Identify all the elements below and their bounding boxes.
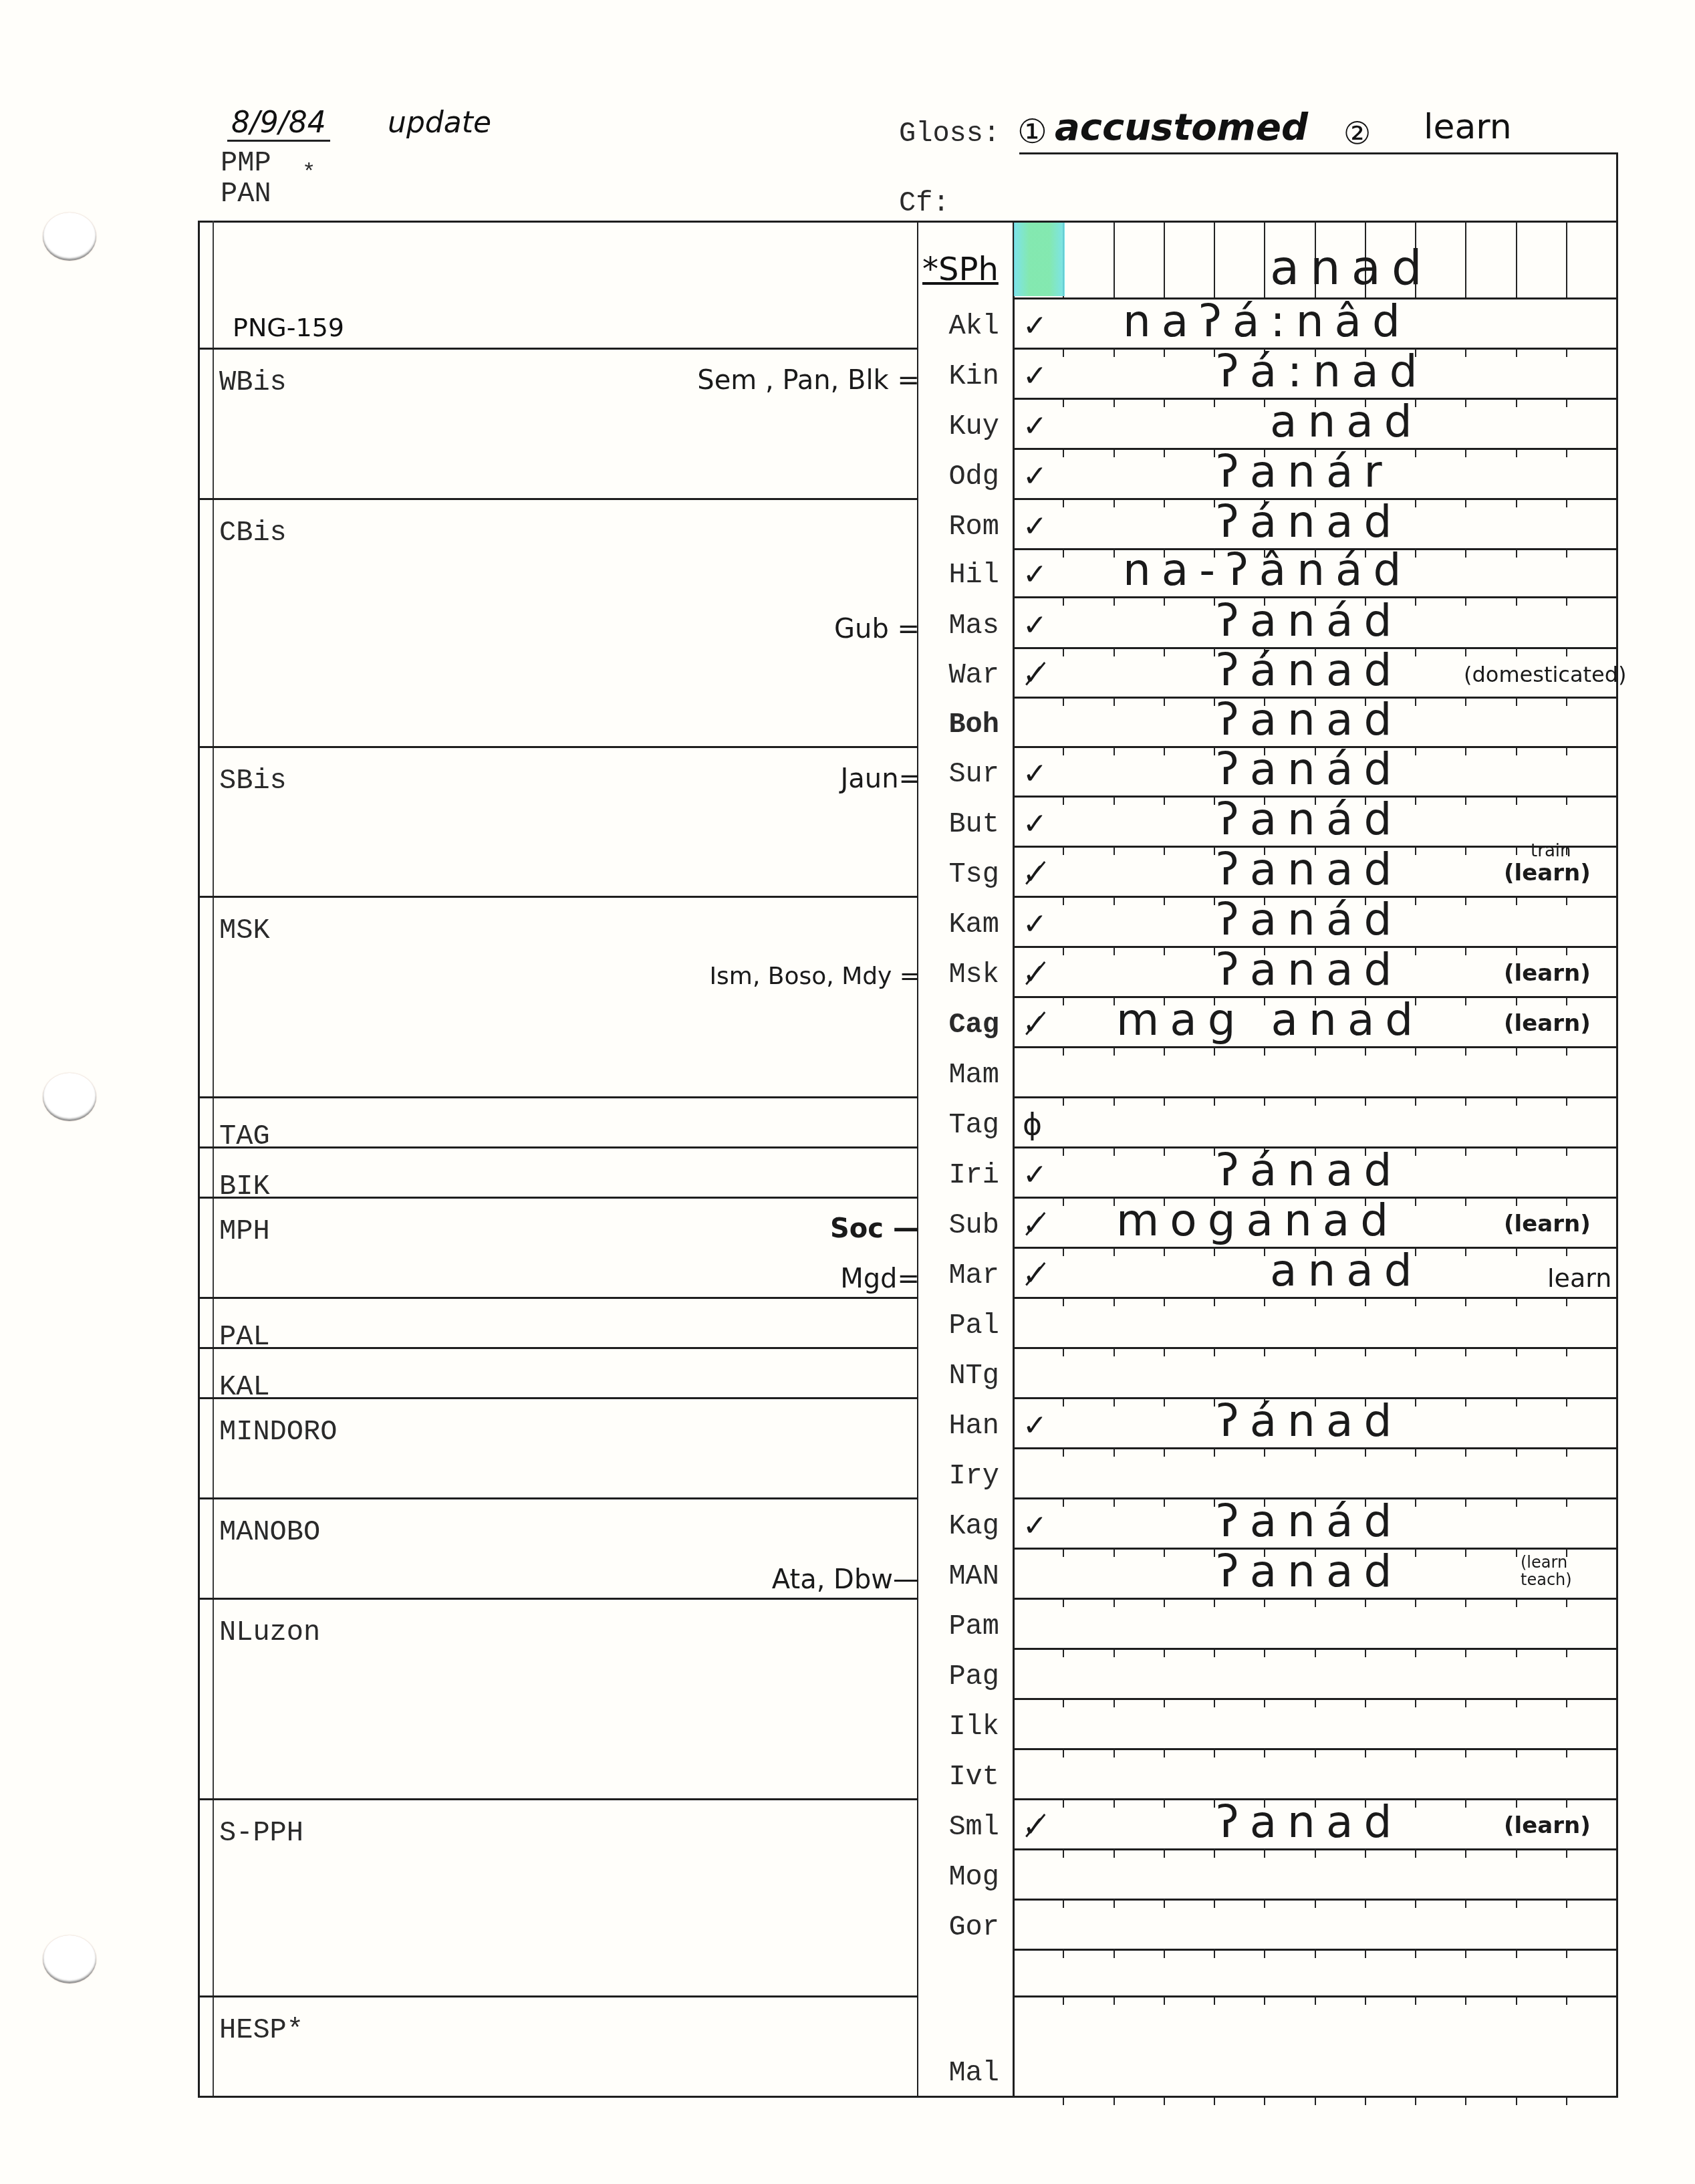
row-tick <box>1566 448 1567 457</box>
row-tick <box>1516 1698 1517 1707</box>
row-tick <box>1415 796 1416 805</box>
row-tick <box>1114 1347 1115 1356</box>
row-tick <box>1315 1297 1316 1306</box>
gloss-note: (learn) <box>1504 1812 1591 1839</box>
side-note-msk: Ism, Boso, Mdy = <box>709 963 920 990</box>
row-tick <box>1114 498 1115 507</box>
check-icon: ✓̸ <box>1023 857 1047 891</box>
row-tick <box>1114 548 1115 558</box>
segment-divider <box>1264 221 1265 297</box>
row-tick <box>1365 1995 1366 2005</box>
row-tick <box>1063 697 1064 706</box>
row-tick <box>1264 1949 1265 1958</box>
row-tick <box>1063 1497 1064 1507</box>
language-code: Mar <box>909 1259 999 1292</box>
row-tick <box>1164 348 1165 357</box>
row-tick <box>1164 1297 1165 1306</box>
pan-label: PAN <box>221 178 271 210</box>
row-tick <box>1415 1397 1416 1407</box>
row-tick <box>1465 348 1466 357</box>
language-code: Pam <box>909 1610 999 1643</box>
row-tick <box>1465 1397 1466 1407</box>
cognate-form: na-ʔânád <box>1123 544 1412 596</box>
language-code: Kam <box>909 908 999 941</box>
row-tick <box>1566 1748 1567 1757</box>
row-tick <box>1164 1548 1165 1557</box>
row-tick <box>1516 1798 1517 1808</box>
row-tick <box>1264 1995 1265 2005</box>
group-label: WBis <box>219 366 287 398</box>
row-tick <box>1214 1648 1215 1657</box>
row-tick <box>1063 647 1064 656</box>
row-tick <box>1063 1197 1064 1206</box>
row-tick <box>1114 1497 1115 1507</box>
row-tick <box>1164 746 1165 755</box>
row-tick <box>1264 1648 1265 1657</box>
language-code: Pag <box>909 1661 999 1693</box>
row-tick <box>1315 1046 1316 1056</box>
row-tick <box>1214 596 1215 606</box>
row-tick <box>1516 896 1517 905</box>
binder-hole-top <box>43 213 96 261</box>
row-tick <box>1465 448 1466 457</box>
check-icon: ✓ <box>1023 1409 1047 1443</box>
check-icon: ✓ <box>1023 409 1047 443</box>
cognate-form: ʔanád <box>1216 743 1402 795</box>
update-label: update <box>388 106 491 140</box>
cognate-form: ʔanád <box>1216 794 1402 845</box>
row-tick <box>1063 398 1064 407</box>
row-tick <box>1164 1648 1165 1657</box>
row-tick <box>1566 1899 1567 1908</box>
check-icon: ✓ <box>1023 459 1047 493</box>
row-tick <box>1365 1096 1366 1106</box>
row-tick <box>1114 746 1115 755</box>
row-tick <box>1315 1096 1316 1106</box>
row-tick <box>1063 2096 1064 2105</box>
row-tick <box>1114 2096 1115 2105</box>
language-code: Tag <box>909 1109 999 1141</box>
row-tick <box>1415 946 1416 955</box>
row-tick <box>1465 1648 1466 1657</box>
language-code: Gor <box>909 1911 999 1943</box>
row-tick <box>1063 896 1064 905</box>
row-tick <box>1415 1046 1416 1056</box>
row-tick <box>1264 1046 1265 1056</box>
group-label: MSK <box>219 915 270 947</box>
row-tick <box>1465 1899 1466 1908</box>
pmp-label: PMP <box>221 147 271 179</box>
row-tick <box>1465 1347 1466 1356</box>
row-tick <box>1214 1247 1215 1256</box>
check-icon: ✓ <box>1023 757 1047 791</box>
row-tick <box>1264 1748 1265 1757</box>
group-divider <box>198 348 917 350</box>
group-label: MANOBO <box>219 1516 320 1548</box>
row-tick <box>1516 1197 1517 1206</box>
language-code: Kag <box>909 1510 999 1542</box>
row-tick <box>1214 1046 1215 1056</box>
row-tick <box>1566 1297 1567 1306</box>
gloss-1: accustomed <box>1055 106 1308 149</box>
row-tick <box>1264 1899 1265 1908</box>
row-tick <box>1465 996 1466 1005</box>
row-tick <box>1365 2096 1366 2105</box>
gloss-note: learn <box>1547 1263 1611 1293</box>
row-tick <box>1164 796 1165 805</box>
row-tick <box>1415 1995 1416 2005</box>
check-icon: ✓ <box>1023 907 1047 941</box>
check-icon: ✓̸ <box>1023 658 1047 692</box>
row-tick <box>1465 1995 1466 2005</box>
row-tick <box>1063 1347 1064 1356</box>
row-tick <box>1214 697 1215 706</box>
row-tick <box>1164 1497 1165 1507</box>
row-tick <box>1164 1096 1165 1106</box>
group-divider <box>198 1397 917 1399</box>
gloss-box-right <box>1616 152 1618 222</box>
row-tick <box>1566 1848 1567 1858</box>
language-code: Sub <box>909 1209 999 1241</box>
row-tick <box>1566 2096 1567 2105</box>
row-tick <box>1214 1447 1215 1457</box>
row-tick <box>1516 697 1517 706</box>
language-code: Msk <box>909 959 999 991</box>
row-tick <box>1516 996 1517 1005</box>
check-icon: ✓ <box>1023 1509 1047 1543</box>
row-tick <box>1164 946 1165 955</box>
row-tick <box>1214 1949 1215 1958</box>
row-tick <box>1214 946 1215 955</box>
row-tick <box>1465 1247 1466 1256</box>
row-tick <box>1114 1046 1115 1056</box>
language-code: Akl <box>909 310 999 342</box>
group-divider <box>198 1146 917 1148</box>
row-tick <box>1415 1748 1416 1757</box>
row-tick <box>1164 1698 1165 1707</box>
row-tick <box>1214 1848 1215 1858</box>
proto-form: anad <box>1270 239 1433 295</box>
row-tick <box>1063 796 1064 805</box>
row-tick <box>1214 448 1215 457</box>
row-tick <box>1465 1447 1466 1457</box>
gloss-underline <box>1019 152 1617 154</box>
row-tick <box>1063 1995 1064 2005</box>
segment-divider <box>1114 221 1115 297</box>
row-tick <box>1264 1698 1265 1707</box>
row-tick <box>1114 1798 1115 1808</box>
side-note-mas: Gub = <box>834 614 920 644</box>
row-tick <box>1516 1648 1517 1657</box>
row-tick <box>1516 1297 1517 1306</box>
row-tick <box>1114 448 1115 457</box>
binder-hole-bottom <box>43 1935 96 1983</box>
row-tick <box>1465 1548 1466 1557</box>
row-tick <box>1566 1046 1567 1056</box>
row-tick <box>1164 1798 1165 1808</box>
check-icon: ✓ <box>1023 1158 1047 1192</box>
row-tick <box>1465 1698 1466 1707</box>
language-code: Cag <box>909 1009 999 1041</box>
language-code: War <box>909 659 999 691</box>
row-tick <box>1566 1096 1567 1106</box>
row-tick <box>1566 1197 1567 1206</box>
row-tick <box>1114 596 1115 606</box>
row-tick <box>1516 596 1517 606</box>
row-tick <box>1264 398 1265 407</box>
row-tick <box>1063 1096 1064 1106</box>
row-tick <box>1516 1146 1517 1156</box>
gloss-note: (learn) <box>1504 860 1591 886</box>
segment-divider <box>1164 221 1165 297</box>
row-tick <box>1516 1949 1517 1958</box>
row-tick <box>1114 896 1115 905</box>
language-code: Boh <box>909 709 999 741</box>
row-tick <box>1465 398 1466 407</box>
row-tick <box>1164 1447 1165 1457</box>
row-tick <box>1063 1247 1064 1256</box>
group-label: KAL <box>219 1371 270 1403</box>
row-tick <box>1264 1297 1265 1306</box>
row-tick <box>1566 1497 1567 1507</box>
check-icon: ✓ <box>1023 807 1047 841</box>
row-tick <box>1164 448 1165 457</box>
row-tick <box>1264 1096 1265 1106</box>
row-tick <box>1164 1598 1165 1607</box>
language-code: Pal <box>909 1310 999 1342</box>
row-tick <box>1365 1046 1366 1056</box>
row-tick <box>1415 1146 1416 1156</box>
row-tick <box>1415 647 1416 656</box>
row-tick <box>1465 548 1466 558</box>
group-label: BIK <box>219 1171 270 1203</box>
row-tick <box>1114 1698 1115 1707</box>
date-text: 8/9/84 <box>231 106 326 140</box>
row-tick <box>1214 1347 1215 1356</box>
side-note-kin: Sem , Pan, Blk = <box>697 365 920 396</box>
group-label: HESP* <box>219 2014 303 2046</box>
row-tick <box>1415 1798 1416 1808</box>
cognate-form: ʔánad <box>1216 496 1402 548</box>
group-divider <box>198 1598 917 1600</box>
row-tick <box>1415 1347 1416 1356</box>
row-tick <box>1465 1046 1466 1056</box>
row-tick <box>1566 1798 1567 1808</box>
row-tick <box>1063 846 1064 855</box>
row-tick <box>1315 1949 1316 1958</box>
row-tick <box>1465 946 1466 955</box>
row-tick <box>1566 1247 1567 1256</box>
row-tick <box>1214 1397 1215 1407</box>
segment-divider <box>1465 221 1466 297</box>
row-tick <box>1516 1497 1517 1507</box>
row-tick <box>1164 1899 1165 1908</box>
language-code: Tsg <box>909 858 999 890</box>
row-tick <box>1114 1096 1115 1106</box>
group-divider <box>198 896 917 898</box>
row-tick <box>1164 846 1165 855</box>
row-tick <box>1516 398 1517 407</box>
check-icon: ✓̸ <box>1023 1810 1047 1844</box>
language-code: Iri <box>909 1159 999 1191</box>
row-tick <box>1114 1899 1115 1908</box>
row-tick <box>1063 996 1064 1005</box>
segment-divider <box>1214 221 1215 297</box>
row-tick <box>1465 1197 1466 1206</box>
row-tick <box>1063 1899 1064 1908</box>
row-tick <box>1114 796 1115 805</box>
gloss-note: (learn) <box>1504 960 1591 987</box>
row-tick <box>1214 1995 1215 2005</box>
row-tick <box>1516 348 1517 357</box>
row-tick <box>1365 1698 1366 1707</box>
row-tick <box>1465 1146 1466 1156</box>
update-date: 8/9/84 <box>227 106 330 142</box>
row-tick <box>1214 1899 1215 1908</box>
row-tick <box>1164 1247 1165 1256</box>
check-icon: ✓ <box>1023 558 1047 592</box>
highlight-mark <box>1014 223 1065 296</box>
row-tick <box>1063 1648 1064 1657</box>
frame-left <box>198 221 200 2096</box>
row-tick <box>1315 1447 1316 1457</box>
row-tick <box>1164 1848 1165 1858</box>
row-tick <box>1516 647 1517 656</box>
side-note-man: Ata, Dbw— <box>772 1564 920 1595</box>
cognate-form: ʔanád <box>1216 894 1402 945</box>
cognate-form: ʔánad <box>1216 1144 1402 1196</box>
row-tick <box>1415 1096 1416 1106</box>
row-tick <box>1566 1648 1567 1657</box>
row-tick <box>1114 1197 1115 1206</box>
row-tick <box>1214 1598 1215 1607</box>
cognate-form: naʔá:nâd <box>1123 295 1411 347</box>
row-tick <box>1164 1949 1165 1958</box>
row-tick <box>1164 1748 1165 1757</box>
group-divider <box>198 498 917 500</box>
row-tick <box>1566 398 1567 407</box>
cognate-form: ʔanad <box>1216 844 1402 895</box>
row-tick <box>1114 1297 1115 1306</box>
row-tick <box>1164 1347 1165 1356</box>
row-tick <box>1516 1397 1517 1407</box>
row-tick <box>1063 596 1064 606</box>
row-tick <box>1516 2096 1517 2105</box>
row-tick <box>1214 796 1215 805</box>
check-icon: ✓ <box>1023 509 1047 543</box>
language-code: Mog <box>909 1861 999 1893</box>
row-tick <box>1465 498 1466 507</box>
row-tick <box>1365 1447 1366 1457</box>
row-tick <box>1415 1698 1416 1707</box>
gloss-1-marker: ① <box>1017 112 1047 151</box>
row-tick <box>1114 846 1115 855</box>
binder-hole-middle <box>43 1073 96 1121</box>
row-tick <box>1415 1197 1416 1206</box>
row-tick <box>1214 1548 1215 1557</box>
gloss-note: (learn) <box>1504 1211 1591 1237</box>
group-label: MINDORO <box>219 1416 337 1448</box>
row-tick <box>1566 1949 1567 1958</box>
row-tick <box>1063 448 1064 457</box>
row-tick <box>1465 746 1466 755</box>
row-tick <box>1516 946 1517 955</box>
cognate-form: anad <box>1270 396 1423 447</box>
language-code: Rom <box>909 511 999 543</box>
row-tick <box>1465 1598 1466 1607</box>
row-tick <box>1114 697 1115 706</box>
row-tick <box>1063 1548 1064 1557</box>
row-tick <box>1566 548 1567 558</box>
row-tick <box>1516 1848 1517 1858</box>
row-tick <box>1415 1598 1416 1607</box>
side-note-mar: Mgd= <box>840 1263 920 1294</box>
row-tick <box>1214 1748 1215 1757</box>
row-tick <box>1415 1297 1416 1306</box>
segment-divider <box>1566 221 1567 297</box>
row-tick <box>1465 1497 1466 1507</box>
check-icon: ✓ <box>1023 309 1047 343</box>
row-tick <box>1214 896 1215 905</box>
row-tick <box>1415 1548 1416 1557</box>
row-tick <box>1264 1347 1265 1356</box>
row-tick <box>1114 1949 1115 1958</box>
group-label: MPH <box>219 1215 270 1247</box>
language-code: Kuy <box>909 410 999 443</box>
row-tick <box>1114 996 1115 1005</box>
row-tick <box>1114 348 1115 357</box>
row-tick <box>1114 1648 1115 1657</box>
row-tick <box>1465 896 1466 905</box>
row-tick <box>1516 846 1517 855</box>
row-tick <box>1264 1247 1265 1256</box>
group-label: NLuzon <box>219 1616 320 1649</box>
row-tick <box>1516 1899 1517 1908</box>
row-tick <box>1516 1548 1517 1557</box>
group-divider <box>198 746 917 748</box>
gloss-2: learn <box>1424 107 1512 147</box>
row-tick <box>1566 1995 1567 2005</box>
segment-divider <box>1516 221 1517 297</box>
row-tick <box>1516 448 1517 457</box>
row-tick <box>1465 846 1466 855</box>
row-tick <box>1516 1046 1517 1056</box>
row-tick <box>1214 1297 1215 1306</box>
row-tick <box>1063 1397 1064 1407</box>
row-tick <box>1566 746 1567 755</box>
cognate-form: ʔanad <box>1216 944 1402 995</box>
proto-label: *SPh <box>922 251 999 288</box>
row-tick <box>1114 398 1115 407</box>
group-divider <box>198 1347 917 1349</box>
row-tick <box>1214 846 1215 855</box>
cognate-form: moganad <box>1116 1195 1399 1246</box>
row-tick <box>1164 398 1165 407</box>
row-tick <box>1566 348 1567 357</box>
row-tick <box>1566 647 1567 656</box>
row-tick <box>1114 1748 1115 1757</box>
cognate-form: ʔanád <box>1216 595 1402 646</box>
row-tick <box>1164 647 1165 656</box>
row-tick <box>1415 448 1416 457</box>
row-tick <box>1214 348 1215 357</box>
row-tick <box>1415 1447 1416 1457</box>
row-tick <box>1516 1247 1517 1256</box>
row-tick <box>1214 1497 1215 1507</box>
row-tick <box>1415 896 1416 905</box>
row-tick <box>1465 1949 1466 1958</box>
row-tick <box>1566 896 1567 905</box>
